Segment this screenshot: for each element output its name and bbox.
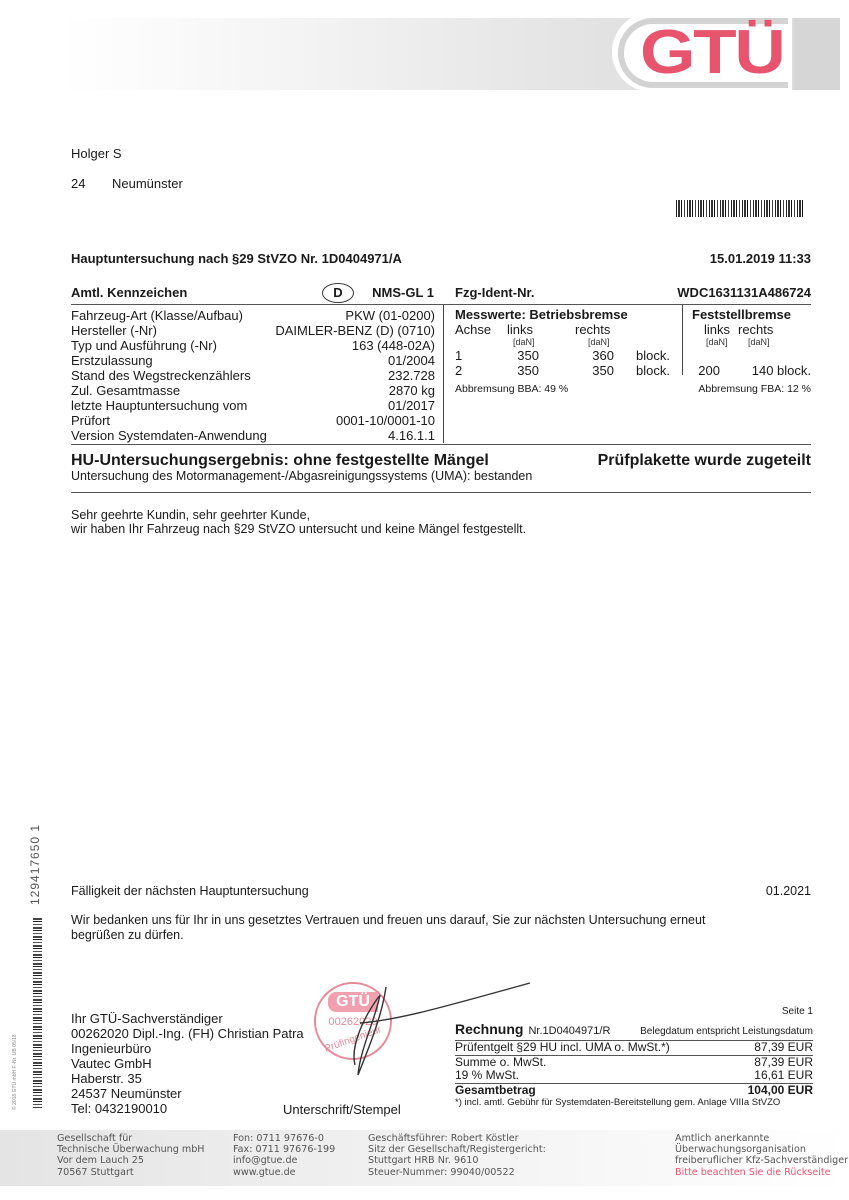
recipient-name: Holger S: [71, 146, 122, 161]
divider: [71, 304, 811, 305]
left-value: 350: [505, 364, 539, 378]
footer-line: 70567 Stuttgart: [57, 1167, 205, 1178]
vehicle-detail-row: Erstzulassung01/2004: [71, 353, 435, 368]
item-label: 19 % MwSt.: [455, 1069, 519, 1083]
vin-value: WDC1631131A486724: [620, 285, 811, 300]
unit-right: [daN]: [588, 337, 610, 347]
unit-left: [daN]: [706, 337, 728, 347]
document-number: 129417650 1: [28, 824, 42, 905]
footer-line: Geschäftsführer: Robert Köstler: [368, 1133, 546, 1144]
detail-value: 2870 kg: [389, 383, 435, 398]
vehicle-detail-row: Hersteller (-Nr)DAIMLER-BENZ (D) (0710): [71, 323, 435, 338]
divider: [71, 444, 811, 445]
signature-label: Unterschrift/Stempel: [283, 1102, 401, 1117]
thanks-line-2: begrüßen zu dürfen.: [71, 928, 184, 943]
axle-number: 2: [455, 364, 462, 378]
reverse-side-notice: Bitte beachten Sie die Rückseite: [675, 1167, 848, 1178]
parking-brake-title: Feststellbremse: [692, 308, 791, 322]
right-value: 350: [580, 364, 614, 378]
vehicle-detail-row: Stand des Wegstreckenzählers232.728: [71, 368, 435, 383]
footer-line: Vor dem Lauch 25: [57, 1155, 205, 1166]
letter-body: wir haben Ihr Fahrzeug nach §29 StVZO un…: [71, 522, 526, 537]
detail-label: Zul. Gesamtmasse: [71, 383, 180, 398]
inspector-line: Haberstr. 35: [71, 1071, 304, 1086]
unit-left: [daN]: [513, 337, 535, 347]
footer-legal: Geschäftsführer: Robert KöstlerSitz der …: [368, 1133, 546, 1178]
page-number: Seite 1: [455, 1006, 813, 1018]
vehicle-detail-row: Version Systemdaten-Anwendung4.16.1.1: [71, 428, 435, 443]
vehicle-detail-row: Typ und Ausführung (-Nr)163 (448-02A): [71, 338, 435, 353]
invoice-item-row: Prüfentgelt §29 HU incl. UMA o. MwSt.*)8…: [455, 1041, 813, 1056]
service-brake-panel: Messwerte: Betriebsbremse Achse links re…: [455, 308, 680, 398]
total-amount: 104,00 EUR: [748, 1084, 813, 1098]
result-headline: HU-Untersuchungsergebnis: ohne festgeste…: [71, 451, 489, 470]
footer-line: www.gtue.de: [233, 1167, 335, 1178]
divider: [71, 492, 811, 493]
item-amount: 16,61 EUR: [754, 1069, 813, 1083]
thanks-line-1: Wir bedanken uns für Ihr in uns gesetzte…: [71, 913, 705, 928]
vehicle-detail-row: Prüfort0001-10/0001-10: [71, 413, 435, 428]
side-barcode: [33, 918, 42, 1108]
invoice-title: Rechnung: [455, 1021, 523, 1037]
uma-result: Untersuchung des Motormanagement-/Abgasr…: [71, 469, 532, 484]
detail-value: 0001-10/0001-10: [336, 413, 435, 428]
block-note: block.: [636, 349, 670, 363]
inspector-line: 00262020 Dipl.-Ing. (FH) Christian Patra: [71, 1026, 304, 1041]
parking-left-value: 200: [692, 364, 720, 378]
barcode: [676, 200, 804, 217]
parking-right-value: 140 block.: [728, 364, 811, 378]
item-label: Summe o. MwSt.: [455, 1056, 546, 1070]
detail-value: 232.728: [388, 368, 435, 383]
salutation: Sehr geehrte Kundin, sehr geehrter Kunde…: [71, 508, 310, 523]
service-brake-result: Abbremsung BBA: 49 %: [455, 382, 568, 396]
report-title: Hauptuntersuchung nach §29 StVZO Nr. 1D0…: [71, 251, 402, 266]
vehicle-details: Fahrzeug-Art (Klasse/Aufbau)PKW (01-0200…: [71, 308, 435, 443]
detail-label: letzte Hauptuntersuchung vom: [71, 398, 247, 413]
invoice-date-note: Belegdatum entspricht Leistungsdatum: [640, 1026, 813, 1037]
inspector-line: Ihr GTÜ-Sachverständiger: [71, 1011, 304, 1026]
inspector-line: Vautec GmbH: [71, 1056, 304, 1071]
country-code-badge: D: [322, 283, 354, 303]
footer-line: Fax: 0711 97676-199: [233, 1144, 335, 1155]
footer-line: Technische Überwachung mbH: [57, 1144, 205, 1155]
detail-label: Prüfort: [71, 413, 110, 428]
right-header: rechts: [575, 323, 610, 337]
parking-left-header: links: [704, 323, 730, 337]
detail-label: Hersteller (-Nr): [71, 323, 157, 338]
footer-line: Steuer-Nummer: 99040/00522: [368, 1167, 546, 1178]
footer-line: freiberuflicher Kfz-Sachverständiger: [675, 1155, 848, 1166]
brake-divider: [682, 305, 683, 375]
recipient-city: Neumünster: [112, 176, 183, 191]
left-header: links: [507, 323, 533, 337]
item-amount: 87,39 EUR: [754, 1056, 813, 1070]
report-datetime: 15.01.2019 11:33: [620, 251, 811, 266]
detail-value: 4.16.1.1: [388, 428, 435, 443]
parking-brake-panel: Feststellbremse links rechts [daN] [daN]…: [688, 308, 813, 398]
footer-line: Fon: 0711 97676-0: [233, 1133, 335, 1144]
block-note: block.: [636, 364, 670, 378]
vehicle-detail-row: letzte Hauptuntersuchung vom01/2017: [71, 398, 435, 413]
inspector-line: Ingenieurbüro: [71, 1041, 304, 1056]
detail-value: 163 (448-02A): [352, 338, 435, 353]
copyright-note: © 2018 GTÜ mbH F.-Nr. UB 05/18: [12, 1034, 18, 1110]
vehicle-detail-row: Zul. Gesamtmasse2870 kg: [71, 383, 435, 398]
recipient-postal: 24: [71, 176, 85, 191]
invoice-items: Prüfentgelt §29 HU incl. UMA o. MwSt.*)8…: [455, 1041, 813, 1083]
inspection-sticker-badge: Prüfplakette wurde zugeteilt: [560, 451, 811, 470]
parking-brake-result: Abbremsung FBA: 12 %: [658, 382, 811, 396]
vin-label: Fzg-Ident-Nr.: [455, 285, 534, 300]
invoice-item-row: 19 % MwSt.16,61 EUR: [455, 1069, 813, 1083]
service-brake-title: Messwerte: Betriebsbremse: [455, 308, 628, 322]
detail-value: PKW (01-0200): [345, 308, 435, 323]
item-label: Prüfentgelt §29 HU incl. UMA o. MwSt.*): [455, 1041, 670, 1055]
unit-right: [daN]: [748, 337, 770, 347]
detail-value: 01/2017: [388, 398, 435, 413]
footer-contact: Fon: 0711 97676-0Fax: 0711 97676-199info…: [233, 1133, 335, 1178]
footer-line: info@gtue.de: [233, 1155, 335, 1166]
vehicle-detail-row: Fahrzeug-Art (Klasse/Aufbau)PKW (01-0200…: [71, 308, 435, 323]
axle-number: 1: [455, 349, 462, 363]
footer-line: Gesellschaft für: [57, 1133, 205, 1144]
detail-label: Stand des Wegstreckenzählers: [71, 368, 251, 383]
inspector-line: Tel: 0432190010: [71, 1101, 304, 1116]
plate-number: NMS-GL 1: [355, 285, 434, 300]
invoice-item-row: Summe o. MwSt.87,39 EUR: [455, 1056, 813, 1070]
invoice-total-row: Gesamtbetrag 104,00 EUR: [455, 1084, 813, 1098]
item-amount: 87,39 EUR: [754, 1041, 813, 1055]
detail-label: Fahrzeug-Art (Klasse/Aufbau): [71, 308, 243, 323]
left-value: 350: [505, 349, 539, 363]
invoice-footnote: *) incl. amtl. Gebühr für Systemdaten-Be…: [455, 1097, 813, 1108]
parking-right-header: rechts: [738, 323, 773, 337]
footer-line: Amtlich anerkannte: [675, 1133, 848, 1144]
invoice-number: Nr.1D0404971/R: [528, 1025, 610, 1037]
plate-label: Amtl. Kennzeichen: [71, 285, 187, 300]
footer-line: Stuttgart HRB Nr. 9610: [368, 1155, 546, 1166]
detail-label: Version Systemdaten-Anwendung: [71, 428, 267, 443]
detail-value: 01/2004: [388, 353, 435, 368]
column-divider: [443, 305, 444, 443]
inspector-info: Ihr GTÜ-Sachverständiger00262020 Dipl.-I…: [71, 1011, 304, 1116]
footer-line: Überwachungsorganisation: [675, 1144, 848, 1155]
axle-header: Achse: [455, 323, 491, 337]
total-label: Gesamtbetrag: [455, 1084, 536, 1098]
inspector-line: 24537 Neumünster: [71, 1086, 304, 1101]
detail-label: Typ und Ausführung (-Nr): [71, 338, 217, 353]
next-inspection-date: 01.2021: [700, 884, 811, 899]
footer-line: Sitz der Gesellschaft/Registergericht:: [368, 1144, 546, 1155]
footer-company: Gesellschaft fürTechnische Überwachung m…: [57, 1133, 205, 1178]
detail-value: DAIMLER-BENZ (D) (0710): [275, 323, 435, 338]
logo-block: [794, 18, 840, 90]
invoice: Seite 1 Rechnung Nr.1D0404971/R Belegdat…: [455, 1006, 813, 1108]
next-inspection-label: Fälligkeit der nächsten Hauptuntersuchun…: [71, 884, 309, 899]
detail-label: Erstzulassung: [71, 353, 153, 368]
gtue-logo: GTÜ: [640, 20, 813, 86]
footer-accreditation: Amtlich anerkannteÜberwachungsorganisati…: [675, 1133, 848, 1178]
right-value: 360: [580, 349, 614, 363]
